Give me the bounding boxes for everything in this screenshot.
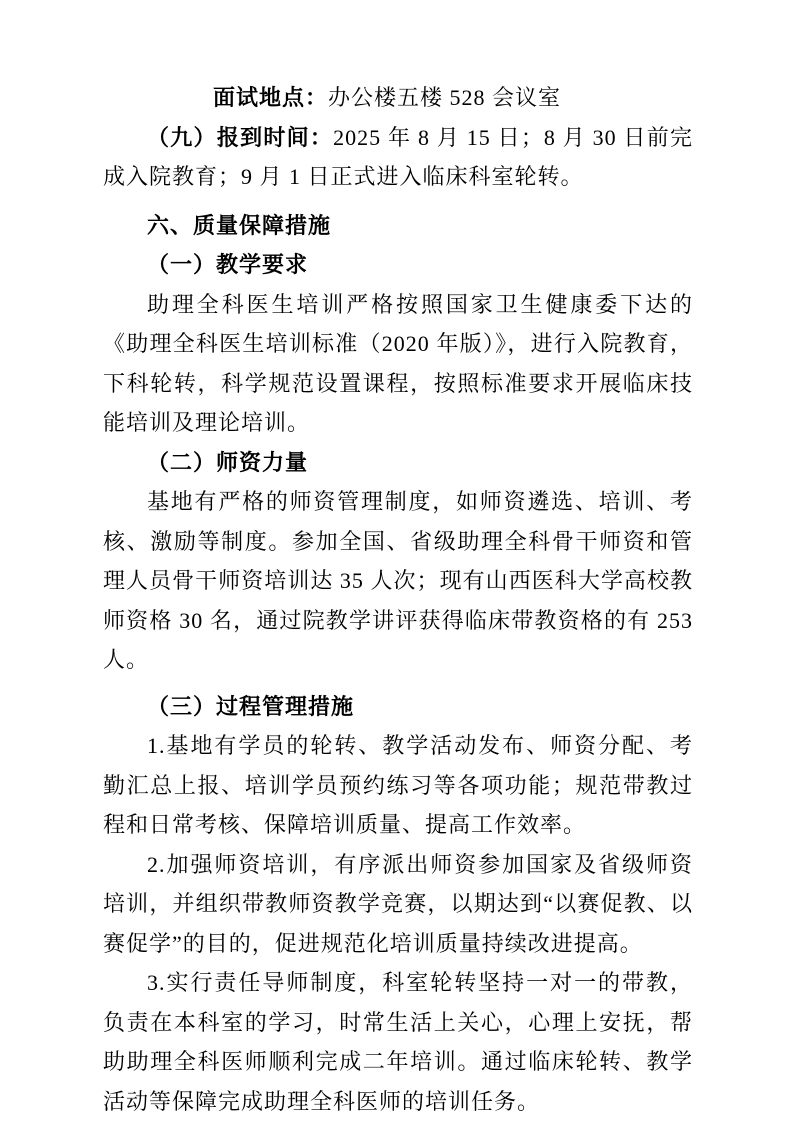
sub-heading-process-management: （三）过程管理措施 — [103, 687, 693, 727]
section-heading-quality-assurance: 六、质量保障措施 — [103, 206, 693, 246]
report-time-paragraph: （九）报到时间：2025 年 8 月 15 日；8 月 30 日前完成入院教育；… — [103, 118, 693, 197]
paragraph-process-item-1: 1.基地有学员的轮转、教学活动发布、师资分配、考勤汇总上报、培训学员预约练习等各… — [103, 726, 693, 845]
interview-location-line: 面试地点：办公楼五楼 528 会议室 — [103, 78, 693, 118]
document-page: 面试地点：办公楼五楼 528 会议室 （九）报到时间：2025 年 8 月 15… — [0, 0, 793, 1122]
sub-heading-faculty-strength: （二）师资力量 — [103, 443, 693, 483]
paragraph-process-item-3: 3.实行责任导师制度，科室轮转坚持一对一的带教，负责在本科室的学习，时常生活上关… — [103, 963, 693, 1121]
paragraph-teaching-requirements: 助理全科医生培训严格按照国家卫生健康委下达的《助理全科医生培训标准（2020 年… — [103, 285, 693, 443]
interview-location-label: 面试地点： — [213, 85, 328, 110]
paragraph-faculty-strength: 基地有严格的师资管理制度，如师资遴选、培训、考核、激励等制度。参加全国、省级助理… — [103, 482, 693, 680]
interview-location-value: 办公楼五楼 528 会议室 — [328, 85, 561, 110]
report-time-label: （九）报到时间： — [147, 125, 333, 150]
document-content: 面试地点：办公楼五楼 528 会议室 （九）报到时间：2025 年 8 月 15… — [103, 78, 693, 1121]
sub-heading-teaching-requirements: （一）教学要求 — [103, 245, 693, 285]
paragraph-process-item-2: 2.加强师资培训，有序派出师资参加国家及省级师资培训，并组织带教师资教学竞赛，以… — [103, 845, 693, 964]
